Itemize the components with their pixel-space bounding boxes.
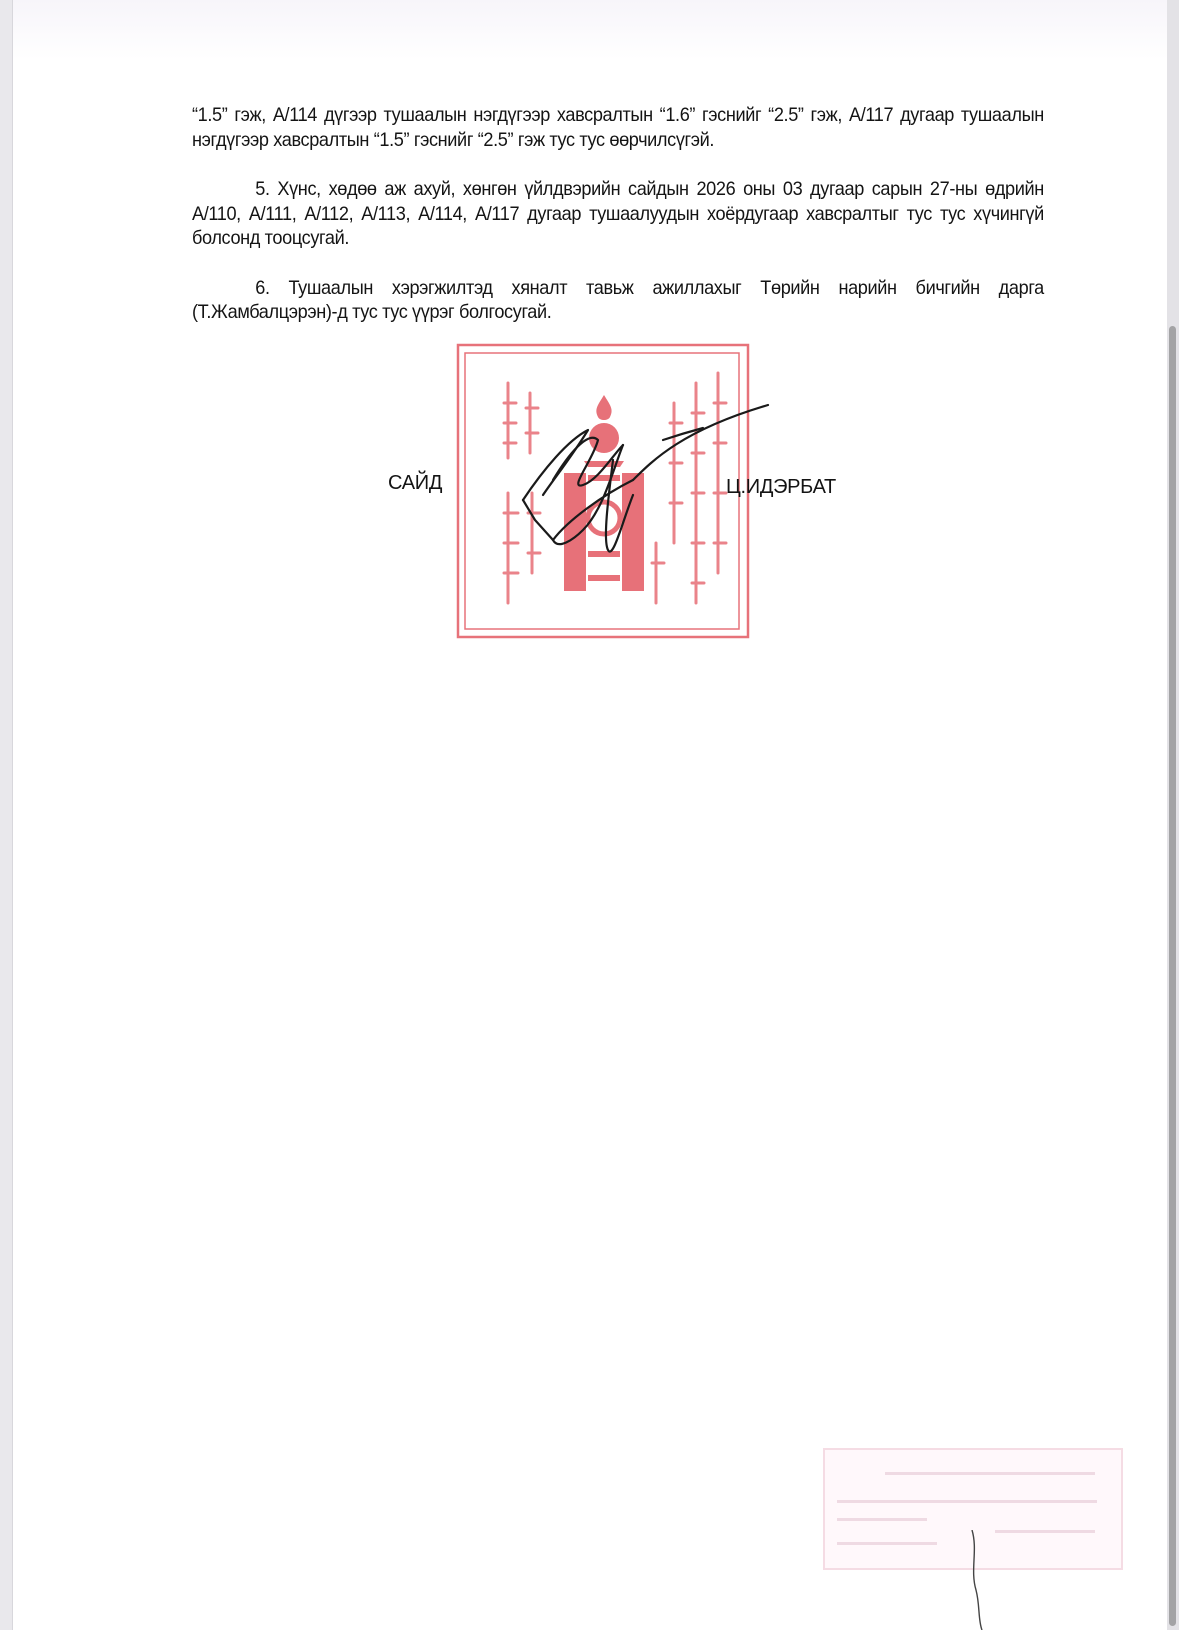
- pen-mark: [968, 1530, 988, 1630]
- document-body: “1.5” гэж, А/114 дүгээр тушаалын нэгдүгэ…: [192, 103, 1044, 350]
- signature-title: САЙД: [388, 472, 442, 495]
- document-page: “1.5” гэж, А/114 дүгээр тушаалын нэгдүгэ…: [12, 0, 1168, 1630]
- paragraph-continued: “1.5” гэж, А/114 дүгээр тушаалын нэгдүгэ…: [192, 103, 1044, 152]
- signature-name: Ц.ИДЭРБАТ: [726, 476, 836, 499]
- vertical-scrollbar[interactable]: [1167, 0, 1179, 1630]
- scrollbar-thumb[interactable]: [1169, 326, 1176, 1626]
- paragraph-6: 6. Тушаалын хэрэгжилтэд хяналт тавьж ажи…: [192, 276, 1044, 325]
- paragraph-5: 5. Хүнс, хөдөө аж ахуй, хөнгөн үйлдвэрий…: [192, 177, 1044, 251]
